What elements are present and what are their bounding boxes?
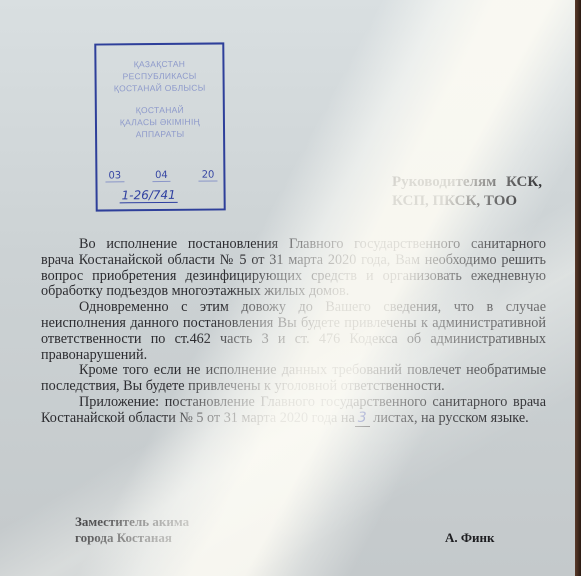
signatory-name: А. Финк	[445, 530, 495, 546]
stamp-line: Республикасы	[97, 69, 223, 82]
stamp-line: Қазақстан	[96, 57, 222, 70]
stamp-line: аппараты	[97, 127, 223, 140]
stamp-line: Қостанай облысы	[97, 81, 223, 94]
stamp-date-year: 20	[199, 170, 218, 182]
stamp-date: 03 04 20	[105, 170, 217, 183]
signatory-title-line: Заместитель акима	[75, 514, 189, 530]
body-paragraph: Кроме того если не исполнение данных тре…	[41, 363, 546, 395]
stamp-line: қаласы әкімінің	[97, 115, 223, 128]
stamp-header-block: Қазақстан Республикасы Қостанай облысы	[96, 57, 222, 94]
stamp-date-day: 03	[105, 170, 124, 182]
attachment-text-end: листах, на русском языке.	[370, 410, 529, 426]
signatory-title-line: города Костаная	[75, 530, 189, 546]
letter-body: Во исполнение постановления Главного гос…	[41, 237, 546, 427]
document-page: Қазақстан Республикасы Қостанай облысы Қ…	[0, 0, 575, 576]
attachment-paragraph: Приложение: постановление Главного госуд…	[41, 395, 546, 427]
page-edge-background	[575, 0, 581, 576]
signatory-title: Заместитель акима города Костаная	[75, 514, 189, 546]
addressee-line: КСП, ПКСК, ТОО	[392, 192, 542, 211]
stamp-date-month: 04	[152, 170, 171, 182]
addressee-line: Руководителям КСК,	[392, 173, 542, 192]
stamp-org-block: Қостанай қаласы әкімінің аппараты	[97, 103, 223, 140]
body-paragraph: Во исполнение постановления Главного гос…	[41, 237, 546, 300]
handwritten-page-count: 3	[355, 410, 370, 427]
registration-stamp: Қазақстан Республикасы Қостанай облысы Қ…	[94, 42, 225, 211]
stamp-registration-number: 1-26/741	[120, 188, 178, 204]
addressee-block: Руководителям КСК, КСП, ПКСК, ТОО	[392, 173, 542, 211]
stamp-line: Қостанай	[97, 103, 223, 116]
body-paragraph: Одновременно с этим довожу до Вашего све…	[41, 300, 546, 363]
